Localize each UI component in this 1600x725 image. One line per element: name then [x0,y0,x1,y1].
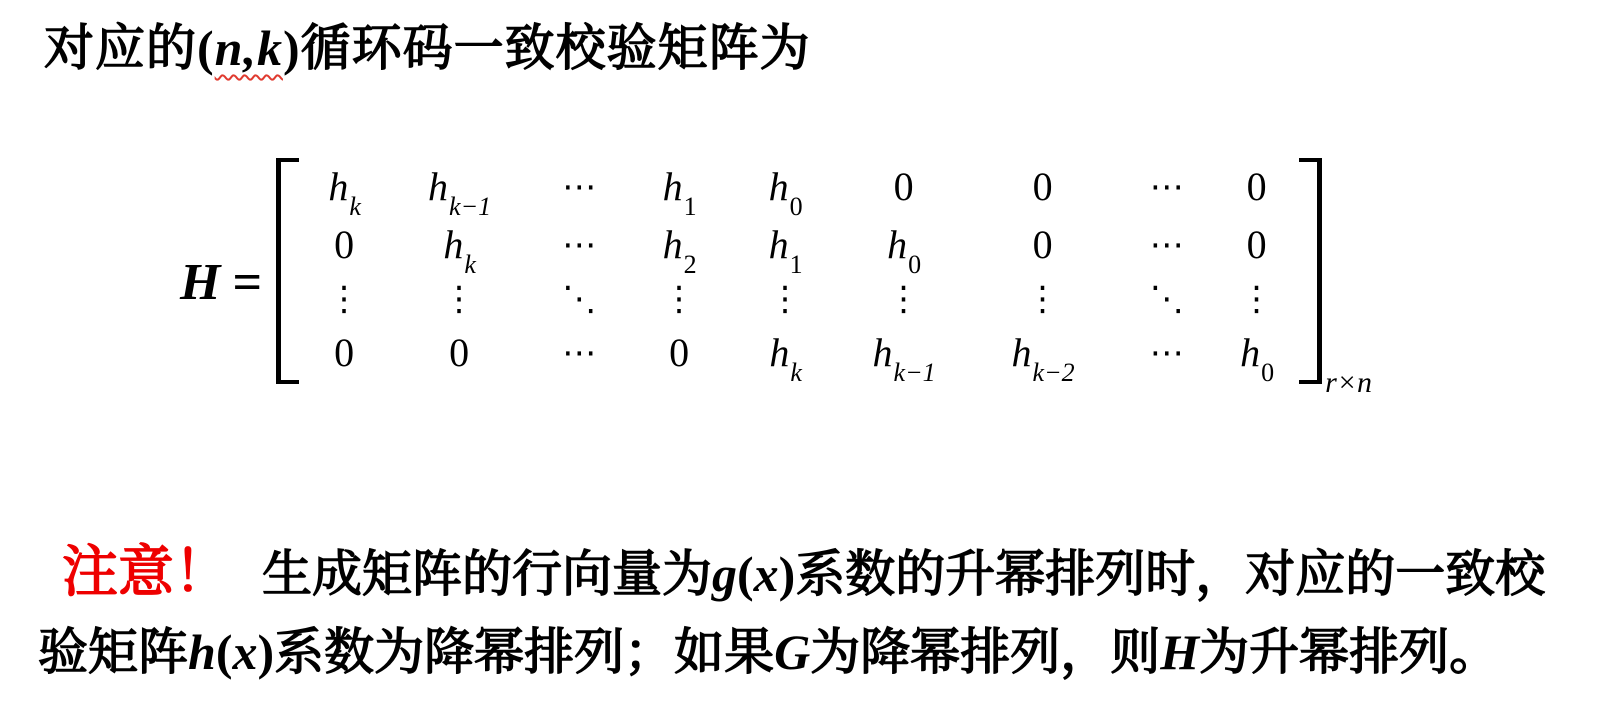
matrix-cell: ⋮ [299,274,389,323]
matrix-entry-subscript: 1 [684,192,697,221]
matrix-cell: 0 [629,324,729,382]
matrix-entry-subscript: k [790,358,802,387]
matrix-entry: 0 [1247,164,1267,209]
matrix-entry: h [443,222,463,267]
matrix-cell: hk−1 [389,158,529,216]
title-text: 对应的 [44,20,197,76]
math-var: H [1160,624,1199,680]
matrix-row: 0hk⋯h2h1h00⋯0 [299,216,1299,274]
paren-open: ( [216,624,233,680]
matrix-entry: 0 [1247,222,1267,267]
matrix-entry: h [873,330,893,375]
note-text: 为升幂排列。 [1199,624,1499,680]
left-bracket [276,158,299,384]
matrix-cell: h0 [729,158,841,216]
note-text: 生成矩阵的行向量为 [262,546,712,602]
nk-notation: n,k [215,20,283,76]
matrix-cell: h0 [1214,324,1299,382]
matrix-cell: ⋮ [629,274,729,323]
matrix-cell: hk−1 [841,324,966,382]
equation: H= hkhk−1⋯h1h000⋯00hk⋯h2h1h00⋯0⋮⋮⋱⋮⋮⋮⋮⋱⋮… [180,158,1372,384]
matrix-cell: 0 [389,324,529,382]
matrix-entry-subscript: 1 [790,250,803,279]
paren-close: ) [283,20,301,76]
note-text: 系数的升幂排列时，对应的一致校 [795,546,1545,602]
matrix-entry: 0 [334,222,354,267]
matrix-cell: h1 [729,216,841,274]
math-var: x [232,624,257,680]
matrix-entry-subscript: k [464,250,476,279]
parity-check-matrix: hkhk−1⋯h1h000⋯00hk⋯h2h1h00⋯0⋮⋮⋱⋮⋮⋮⋮⋱⋮00⋯… [299,158,1299,382]
title-text: 循环码一致校验矩阵为 [301,20,811,76]
matrix-entry: 0 [894,164,914,209]
matrix-cell: 0 [841,158,966,216]
matrix-entry-subscript: 0 [908,250,921,279]
matrix-cell: ⋮ [841,274,966,323]
matrix-entry-subscript: k−1 [449,192,491,221]
matrix-row: ⋮⋮⋱⋮⋮⋮⋮⋱⋮ [299,274,1299,323]
matrix-cell: 0 [1214,216,1299,274]
matrix-entry: h [887,222,907,267]
matrix-cell: 0 [966,158,1119,216]
note-text: 系数为降幂排列；如果 [274,624,774,680]
matrix-cell: hk [729,324,841,382]
matrix-cell: ⋯ [529,216,629,274]
matrix-cell: ⋮ [1214,274,1299,323]
matrix-entry: h [428,164,448,209]
matrix-cell: 0 [1214,158,1299,216]
matrix-entry-subscript: k−1 [894,358,936,387]
note-text: 为降幂排列，则 [810,624,1160,680]
matrix-entry: 0 [1033,164,1053,209]
matrix-entry: h [663,164,683,209]
matrix-cell: ⋮ [389,274,529,323]
matrix-symbol-H: H [180,254,220,311]
matrix-entry: 0 [669,330,689,375]
math-var: G [774,624,810,680]
paren-open: ( [737,546,754,602]
paren-close: ) [779,546,796,602]
matrix-entry-subscript: 2 [684,250,697,279]
matrix-cell: ⋯ [529,158,629,216]
matrix-entry: 0 [1033,222,1053,267]
math-var: g [712,546,737,602]
matrix-entry-subscript: k−2 [1033,358,1075,387]
matrix-cell: ⋯ [1119,158,1214,216]
matrix-entry-subscript: k [349,192,361,221]
matrix-cell: ⋱ [1119,274,1214,323]
equation-lhs: H= [180,253,262,312]
matrix-entry: 0 [334,330,354,375]
matrix-cell: ⋯ [1119,324,1214,382]
page-title: 对应的(n,k)循环码一致校验矩阵为 [44,16,811,81]
matrix-cell: 0 [966,216,1119,274]
note-line: 注意！生成矩阵的行向量为g(x)系数的升幂排列时，对应的一致校 [62,540,1545,607]
matrix-cell: 0 [299,324,389,382]
matrix-entry: h [769,164,789,209]
matrix-entry: h [769,330,789,375]
matrix-dimension-subscript: r×n [1325,366,1372,400]
attention-label: 注意！ [62,542,230,604]
matrix-entry: 0 [449,330,469,375]
paren-close: ) [257,624,274,680]
note-line: 验矩阵h(x)系数为降幂排列；如果G为降幂排列，则H为升幂排列。 [38,622,1499,682]
matrix-cell: h2 [629,216,729,274]
matrix-cell: h1 [629,158,729,216]
matrix-entry-subscript: 0 [790,192,803,221]
matrix-cell: ⋮ [966,274,1119,323]
paren-open: ( [197,20,215,76]
matrix-entry: h [663,222,683,267]
matrix-entry: h [328,164,348,209]
matrix-cell: ⋮ [729,274,841,323]
matrix-cell: hk−2 [966,324,1119,382]
math-var: h [188,624,216,680]
matrix-cell: 0 [299,216,389,274]
matrix-row: 00⋯0hkhk−1hk−2⋯h0 [299,324,1299,382]
matrix-cell: hk [389,216,529,274]
matrix-cell: h0 [841,216,966,274]
right-bracket [1299,158,1322,384]
math-var: x [754,546,779,602]
matrix-cell: ⋯ [1119,216,1214,274]
matrix-cell: ⋱ [529,274,629,323]
matrix-entry: h [1240,330,1260,375]
matrix-row: hkhk−1⋯h1h000⋯0 [299,158,1299,216]
slide: 对应的(n,k)循环码一致校验矩阵为 H= hkhk−1⋯h1h000⋯00hk… [0,0,1600,725]
matrix-cell: hk [299,158,389,216]
note-text: 验矩阵 [38,624,188,680]
matrix-entry: h [769,222,789,267]
equals-sign: = [232,254,262,311]
matrix-entry-subscript: 0 [1261,358,1274,387]
matrix-entry: h [1012,330,1032,375]
matrix-cell: ⋯ [529,324,629,382]
